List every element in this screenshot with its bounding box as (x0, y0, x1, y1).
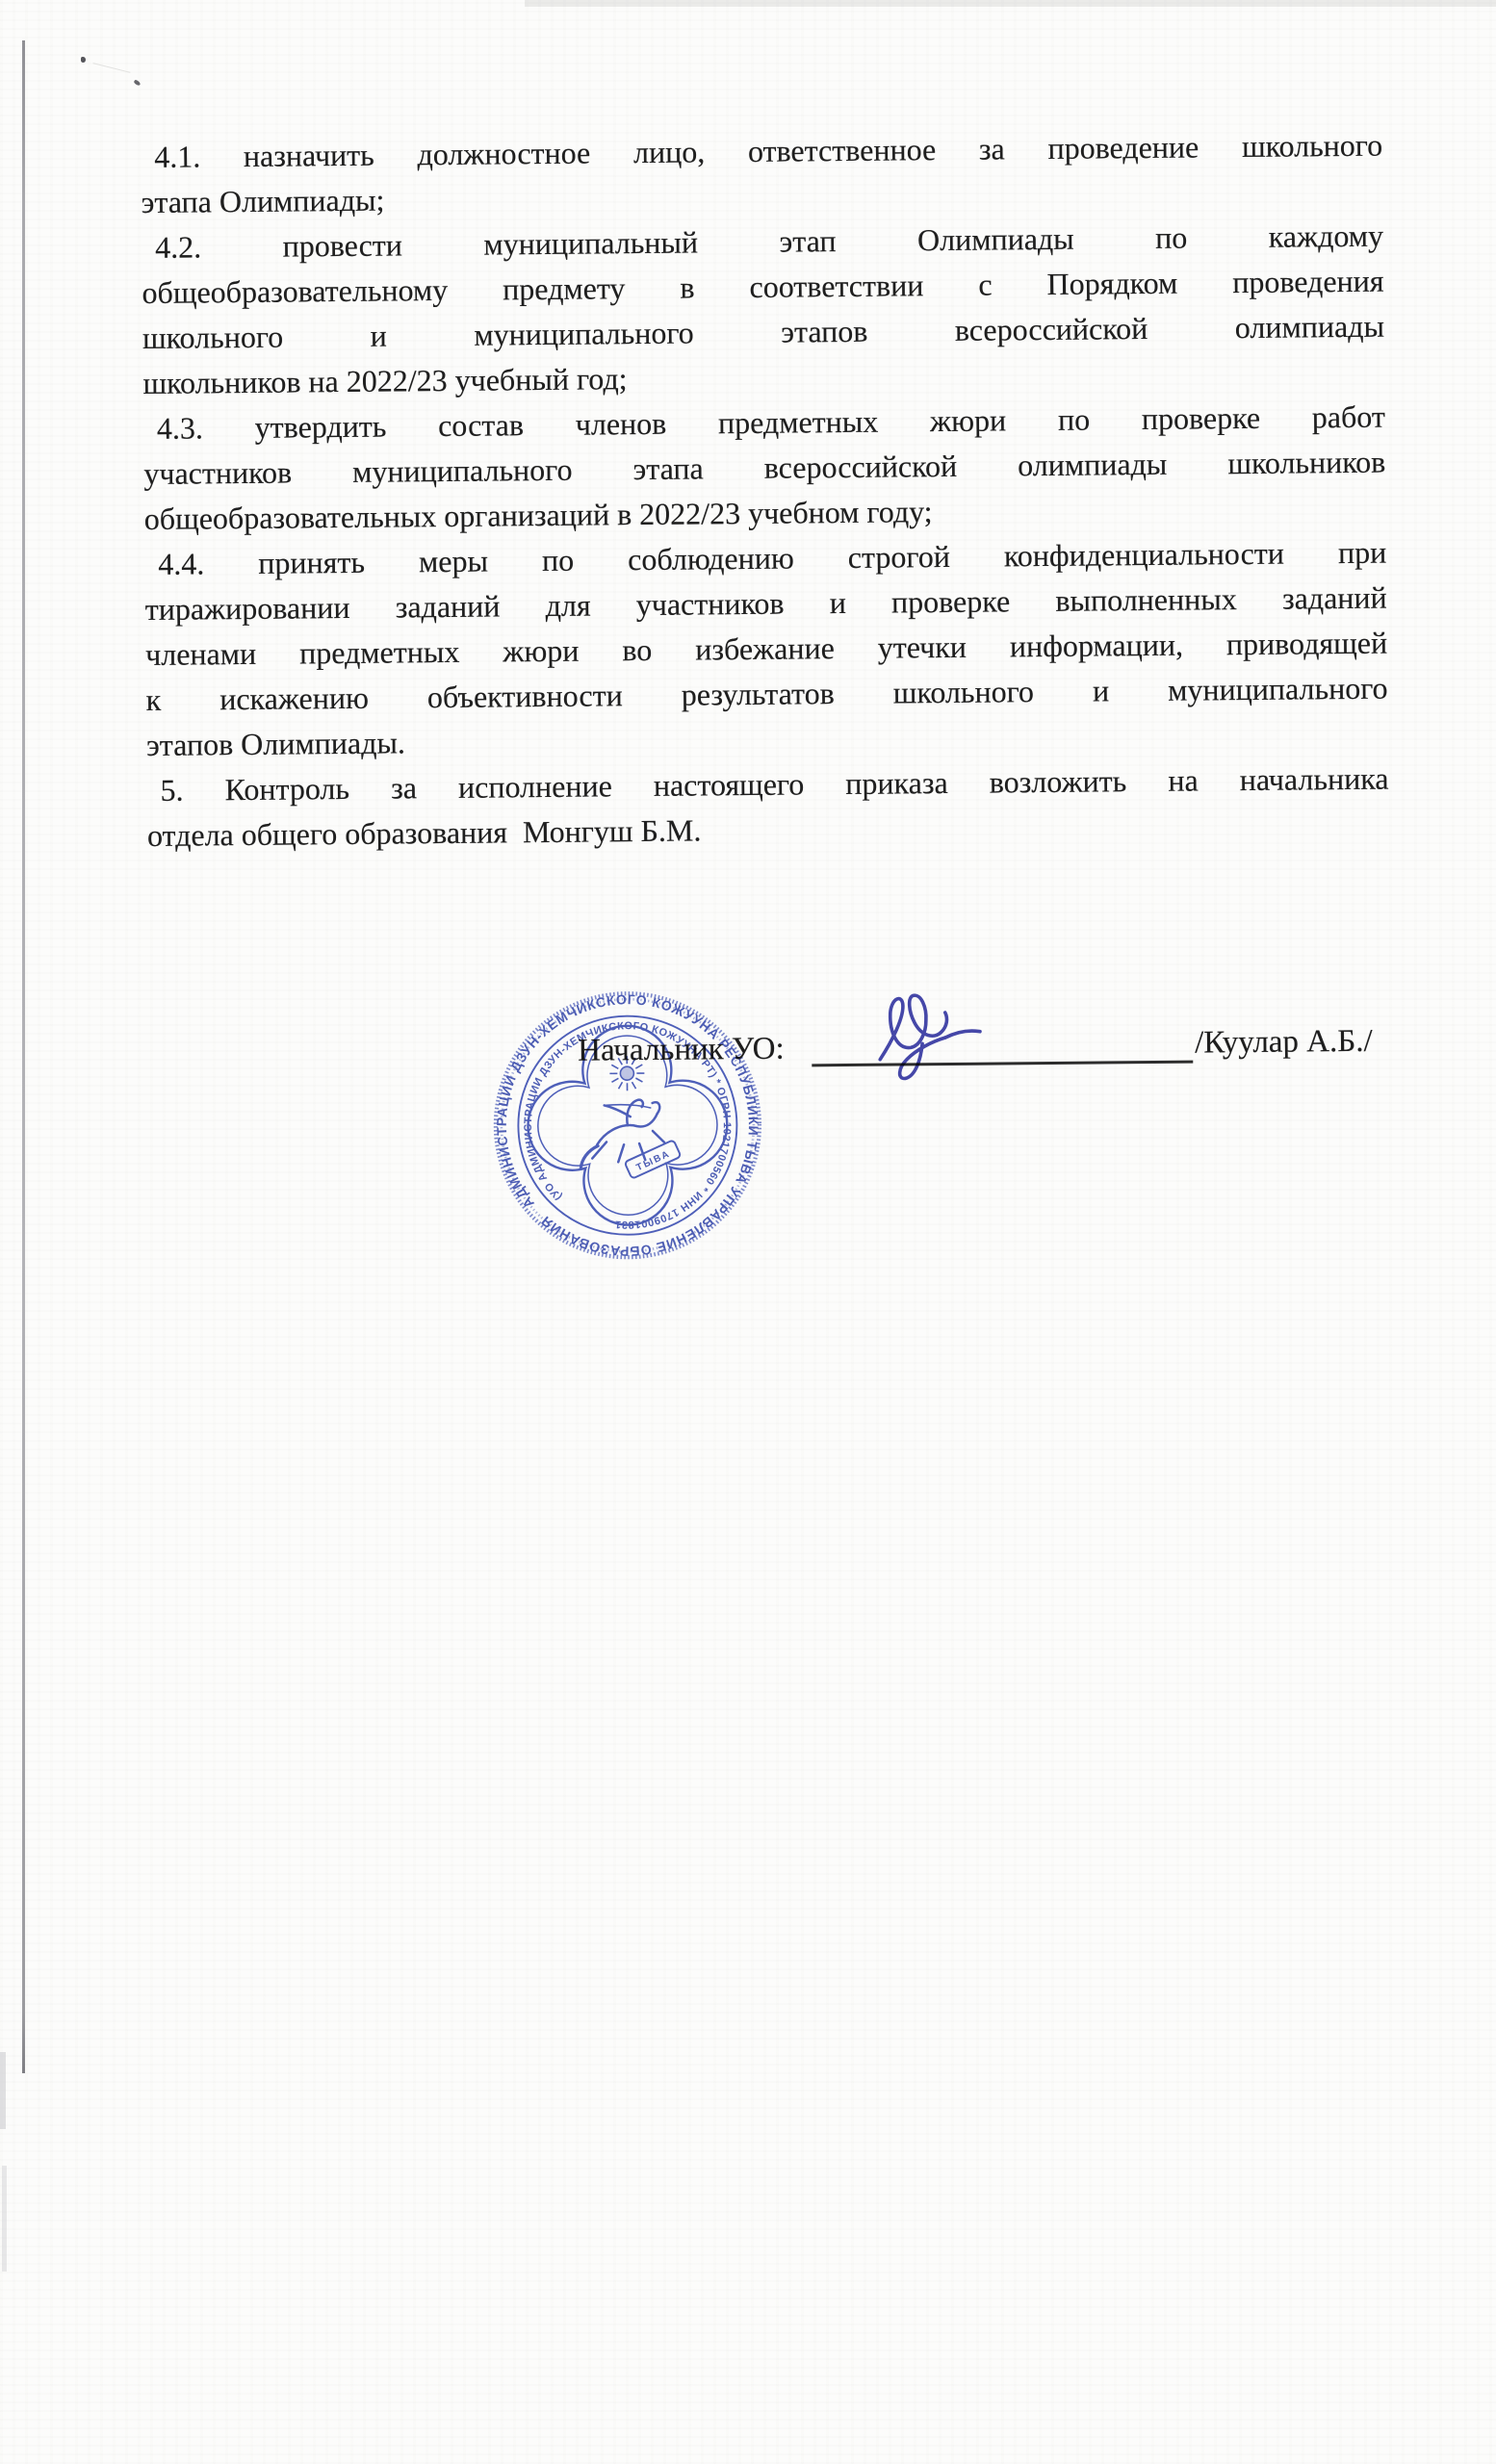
stamp-sun-icon (609, 1056, 644, 1091)
scan-edge-mark (0, 2052, 6, 2129)
signature-scribble (865, 977, 1069, 1104)
signature-name: /Куулар А.Б./ (1195, 1024, 1373, 1062)
document-content: 4.1. назначить должностное лицо, ответст… (0, 0, 1496, 2464)
scan-edge-mark (2, 2166, 7, 2271)
document-body-text: 4.1. назначить должностное лицо, ответст… (141, 123, 1389, 859)
official-stamp: АДМИНИСТРАЦИИ ДЗУН-ХЕМЧИКСКОГО КОЖУУНА Р… (481, 980, 773, 1271)
scanned-document-page: { "page": { "paper_color": "#fcfcfb", "i… (0, 0, 1496, 2464)
